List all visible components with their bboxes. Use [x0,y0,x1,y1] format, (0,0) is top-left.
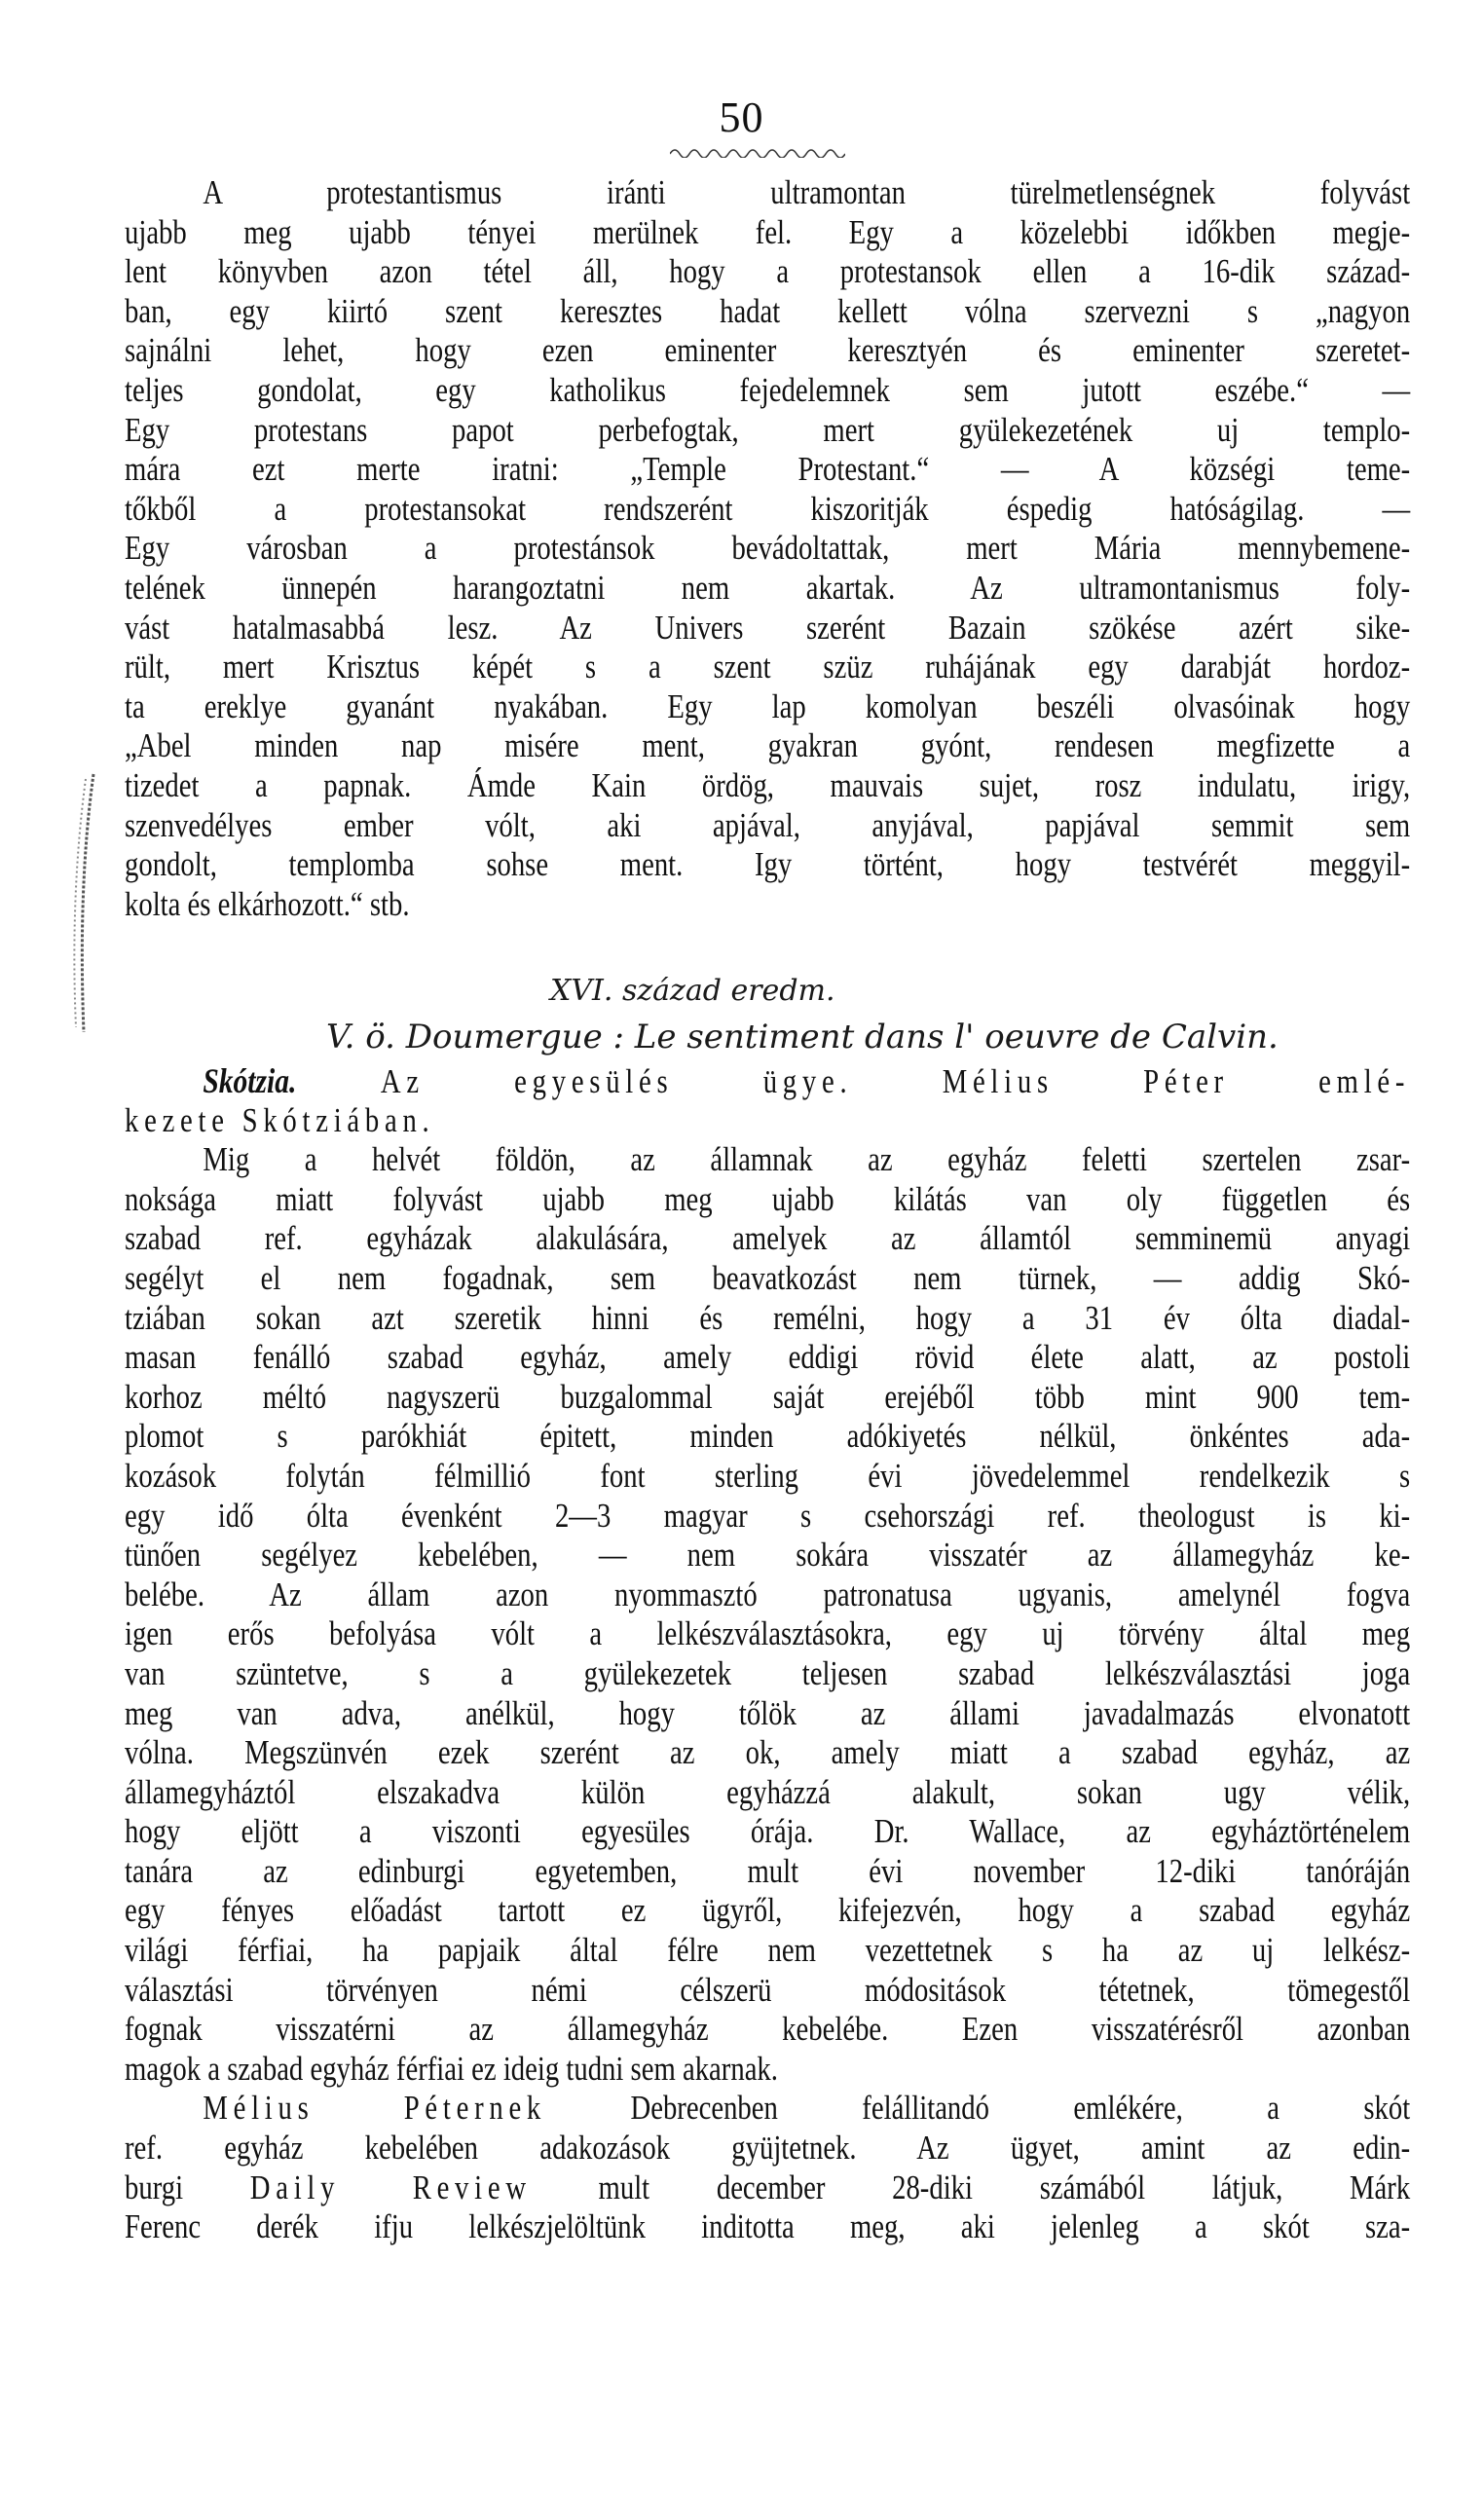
paragraph-melius-line: Mélius Péternek Debrecenben felállitandó… [125,2089,1410,2129]
text-line: telének ünnepén harangoztatni nem akarta… [125,569,1410,609]
text-line: gondolt, templomba sohse ment. Igy törté… [125,845,1410,885]
text-line: Mig a helvét földön, az államnak az egyh… [125,1140,1410,1180]
text-line: ref. egyház kebelében adakozások gyüjtet… [125,2129,1410,2168]
text-line: sajnálni lehet, hogy ezen eminenter kere… [125,331,1410,371]
handwritten-inline-note: XVI. század eredm. [550,974,835,1008]
text-line: szabad ref. egyházak alakulására, amelye… [125,1219,1410,1259]
text-line: segélyt el nem fogadnak, sem beavatkozás… [125,1259,1410,1299]
text-line: teljes gondolat, egy katholikus fejedele… [125,371,1410,411]
section-scotland: Skótzia. Az egyesülés ügye. Mélius Péter… [125,1061,1410,2247]
text-line: magok a szabad egyház férfiai ez ideig t… [125,2050,1410,2090]
text-line: masan fenálló szabad egyház, amely eddig… [125,1338,1410,1378]
text-line: Ferenc derék ifju lelkészjelöltünk indit… [125,2207,1410,2247]
text-line: van szüntetve, s a gyülekezetek teljesen… [125,1654,1410,1694]
text-line: belébe. Az állam azon nyommasztó patrona… [125,1575,1410,1615]
text-line: ujabb meg ujabb tényei merülnek fel. Egy… [125,213,1410,253]
text-line: korhoz méltó nagyszerü buzgalommal saját… [125,1378,1410,1418]
text-line: ban, egy kiirtó szent keresztes hadat ke… [125,292,1410,332]
text-line: lent könyvben azon tétel áll, hogy a pro… [125,252,1410,292]
text-line: rült, mert Krisztus képét s a szent szüz… [125,648,1410,687]
text-line: választási törvényen némi célszerü módos… [125,1971,1410,2011]
text-fragment: Debrecenben felállitandó emlékére, a skó… [630,2089,1410,2127]
text-line: szenvedélyes ember vólt, aki apjával, an… [125,806,1410,846]
text-line: tanára az edinburgi egyetemben, mult évi… [125,1852,1410,1892]
wavy-rule-ornament [670,144,845,158]
text-line: noksága miatt folyvást ujabb meg ujabb k… [125,1180,1410,1220]
page-number: 50 [0,93,1483,142]
text-line: egy fényes előadást tartott ez ügyről, k… [125,1891,1410,1931]
text-line: tünően segélyez kebelében, — nem sokára … [125,1536,1410,1575]
text-line: plomot s parókhiát épitett, minden adóki… [125,1417,1410,1457]
text-line: vólna. Megszünvén ezek szerént az ok, am… [125,1733,1410,1773]
text-line: tőkből a protestansokat rendszerént kisz… [125,490,1410,530]
text-line: vást hatalmasabbá lesz. Az Univers szeré… [125,609,1410,649]
text-line: tziában sokan azt szeretik hinni és remé… [125,1299,1410,1339]
text-line: tizedet a papnak. Ámde Kain ördög, mauva… [125,766,1410,806]
text-line: kozások folytán félmillió font sterling … [125,1457,1410,1497]
text-line: kolta és elkárhozott.“ stb. [125,885,1410,925]
text-line: meg van adva, anélkül, hogy tőlök az áll… [125,1694,1410,1734]
text-line: Egy városban a protestánsok bevádoltatta… [125,529,1410,569]
text-line: államegyháztól elszakadva külön egyházzá… [125,1773,1410,1813]
text-line: Egy protestans papot perbefogtak, mert g… [125,411,1410,451]
text-line: „Abel minden nap misére ment, gyakran gy… [125,726,1410,766]
text-line: A protestantismus iránti ultramontan tür… [125,173,1410,213]
text-line: mára ezt merte iratni: „Temple Protestan… [125,450,1410,490]
paragraph-review-line: burgi Daily Review mult december 28-diki… [125,2168,1410,2208]
text-fragment: burgi [125,2168,183,2206]
margin-pencil-mark [64,769,103,1042]
text-line: fognak visszatérni az államegyház kebelé… [125,2010,1410,2050]
handwritten-reference-note: V. ö. Doumergue : Le sentiment dans l' o… [326,1018,1279,1056]
section-heading-subtitle-cont: kezete Skótziában. [125,1101,1410,1141]
text-line: hogy eljött a viszonti egyesüles órája. … [125,1812,1410,1852]
section-heading-subtitle: Az egyesülés ügye. Mélius Péter emlé- [381,1062,1410,1100]
text-line: igen erős befolyása vólt a lelkészválasz… [125,1614,1410,1654]
text-line: világi férfiai, ha papjaik által félre n… [125,1931,1410,1971]
text-line: egy idő ólta évenként 2—3 magyar s cseho… [125,1497,1410,1537]
spaced-name-melius: Mélius Péternek [203,2089,546,2127]
section-protestantism: A protestantismus iránti ultramontan tür… [125,173,1410,924]
text-fragment: mult december 28-diki számából látjuk, M… [599,2168,1411,2206]
section-heading-title: Skótzia. [203,1061,296,1100]
spaced-title-daily-review: Daily Review [250,2168,532,2206]
text-line: ta ereklye gyanánt nyakában. Egy lap kom… [125,687,1410,727]
section-heading-line: Skótzia. Az egyesülés ügye. Mélius Péter… [125,1061,1410,1101]
